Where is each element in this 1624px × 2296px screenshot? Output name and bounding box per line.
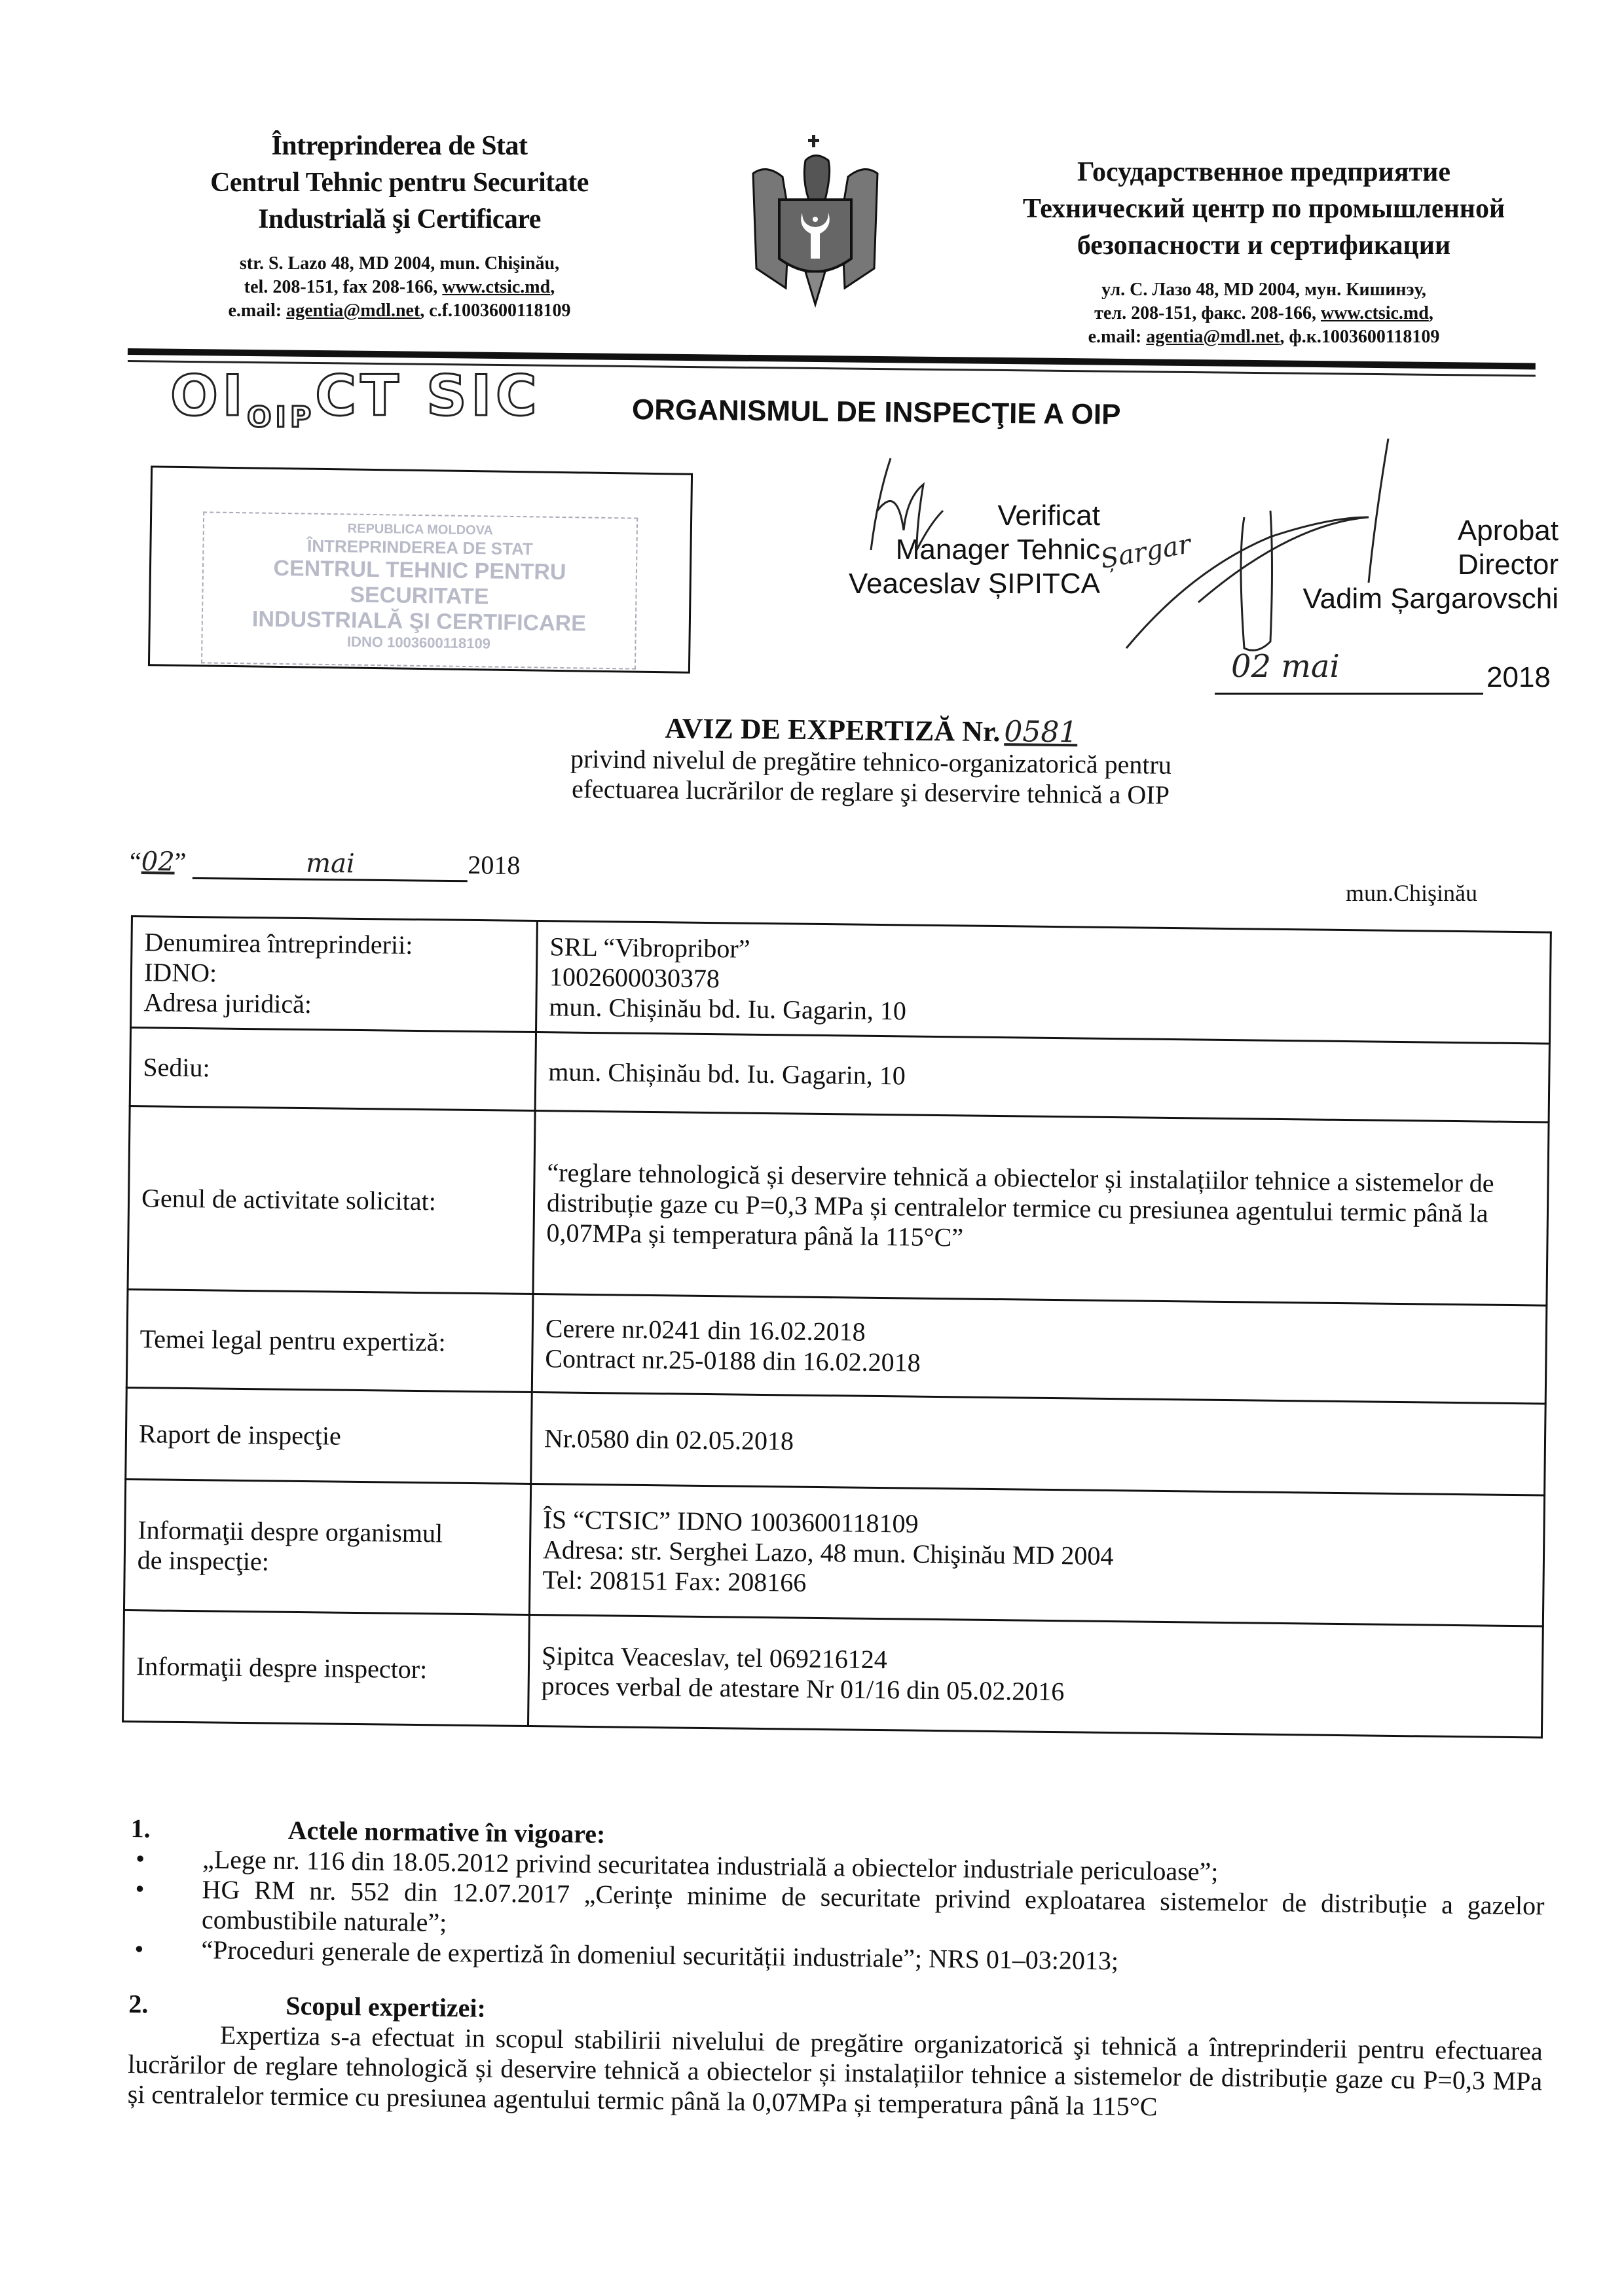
section-number: 2.: [128, 1989, 286, 2021]
org-line: Государственное предприятие: [963, 154, 1565, 191]
header-romanian: Întreprinderea de Stat Centrul Tehnic pe…: [124, 128, 674, 323]
fiscal-code: , ф.к.1003600118109: [1280, 327, 1439, 347]
comma: ,: [550, 277, 555, 297]
document-city: mun.Chişinău: [1346, 879, 1477, 907]
org-line: безопасности и сертификации: [963, 227, 1565, 264]
label-line: Informaţii despre inspector:: [136, 1651, 516, 1686]
row-label: Genul de activitate solicitat:: [128, 1106, 535, 1294]
row-value: Cerere nr.0241 din 16.02.2018Contract nr…: [532, 1294, 1547, 1404]
row-label: Informaţii despre inspector:: [123, 1610, 530, 1726]
website-link[interactable]: www.ctsic.md: [442, 277, 550, 297]
row-label: Denumirea întreprinderii:IDNO:Adresa jur…: [131, 917, 538, 1032]
table-row: Temei legal pentru expertiză:Cerere nr.0…: [126, 1289, 1547, 1404]
row-value: Şipitca Veaceslav, tel 069216124proces v…: [528, 1614, 1543, 1738]
label-line: Adresa juridică:: [143, 987, 523, 1022]
org-line: Industrială şi Certificare: [124, 201, 674, 238]
address: ул. С. Лазо 48, MD 2004, мун. Кишинэу,: [963, 278, 1565, 302]
row-value: mun. Chișinău bd. Iu. Gagarin, 10: [535, 1032, 1549, 1123]
label-line: Temei legal pentru expertiză:: [139, 1324, 519, 1358]
moldova-coat-of-arms-icon: [740, 134, 891, 311]
row-value: ÎS “CTSIC” IDNO 1003600118109Adresa: str…: [529, 1484, 1544, 1626]
approval-date-handwritten: 02 mai: [1231, 648, 1340, 685]
comma: ,: [1429, 303, 1433, 323]
approval-year: 2018: [1486, 661, 1551, 694]
email-line: e.mail: agentia@mdl.net, c.f.10036001181…: [124, 299, 674, 323]
label-line: Sediu:: [143, 1052, 523, 1087]
row-value: Nr.0580 din 02.05.2018: [531, 1392, 1545, 1495]
row-label: Informaţii despre organismulde inspecţie…: [124, 1479, 530, 1614]
official-stamp: REPUBLICA MOLDOVA ÎNTREPRINDEREA DE STAT…: [201, 511, 638, 669]
value-line: mun. Chișinău bd. Iu. Gagarin, 10: [548, 1057, 1536, 1098]
table-row: Informaţii despre inspector:Şipitca Veac…: [123, 1610, 1543, 1738]
document-title-block: AVIZ DE EXPERTIZĂ Nr.0581 privind nivelu…: [510, 710, 1231, 811]
phone-line: тел. 208-151, факс. 208-166, www.ctsic.m…: [963, 302, 1565, 325]
website-link[interactable]: www.ctsic.md: [1321, 303, 1429, 323]
date-year: 2018: [468, 850, 520, 880]
email-label: e.mail:: [228, 301, 286, 321]
value-line: “reglare tehnologică și deservire tehnic…: [546, 1157, 1535, 1259]
sections: 1.Actele normative în vigoare: „Lege nr.…: [127, 1813, 1545, 2126]
oi-oip-ctsic-logo: OIOIPCT SIC: [170, 363, 541, 434]
enterprise-info-table: Denumirea întreprinderii:IDNO:Adresa jur…: [122, 915, 1552, 1739]
org-name-ro: Întreprinderea de Stat Centrul Tehnic pe…: [124, 128, 674, 238]
table-row: Denumirea întreprinderii:IDNO:Adresa jur…: [131, 917, 1551, 1044]
label-line: Genul de activitate solicitat:: [141, 1183, 521, 1218]
label-line: Denumirea întreprinderii:: [144, 927, 524, 962]
row-value: SRL “Vibropribor”1002600030378mun. Chiși…: [536, 921, 1551, 1044]
row-label: Raport de inspecţie: [126, 1387, 532, 1484]
table-row: Informaţii despre organismulde inspecţie…: [124, 1479, 1544, 1626]
title-prefix: AVIZ DE EXPERTIZĂ Nr.: [665, 712, 1000, 748]
signature-manager: [864, 452, 982, 563]
phone-fax: тел. 208-151, факс. 208-166,: [1094, 303, 1321, 323]
phone-line: tel. 208-151, fax 208-166, www.ctsic.md,: [124, 276, 674, 299]
document-number: 0581: [1004, 715, 1078, 749]
label-line: Raport de inspecţie: [139, 1419, 519, 1453]
email-line: e.mail: agentia@mdl.net, ф.к.10036001181…: [963, 325, 1565, 349]
stamp-line: CENTRUL TEHNIC PENTRU SECURITATE: [203, 555, 636, 611]
org-line: Centrul Tehnic pentru Securitate: [124, 164, 674, 201]
address: str. S. Lazo 48, MD 2004, mun. Chişinău,: [124, 252, 674, 276]
date-day: 02: [141, 847, 175, 877]
inspection-body-title: ORGANISMUL DE INSPECŢIE A OIP: [632, 393, 1121, 431]
email-label: e.mail:: [1088, 327, 1147, 347]
header-russian: Государственное предприятие Технический …: [963, 154, 1565, 349]
org-name-ru: Государственное предприятие Технический …: [963, 154, 1565, 264]
label-line: IDNO:: [144, 957, 524, 992]
quote-open: “: [130, 847, 141, 876]
label-line: de inspecţie:: [138, 1545, 517, 1580]
row-value: “reglare tehnologică și deservire tehnic…: [533, 1111, 1549, 1306]
contact-ro: str. S. Lazo 48, MD 2004, mun. Chişinău,…: [124, 252, 674, 323]
approval-date-underline: [1215, 693, 1483, 695]
section-title: Scopul expertizei:: [286, 1991, 486, 2023]
quote-close: ”: [174, 847, 186, 877]
row-label: Temei legal pentru expertiză:: [126, 1289, 533, 1392]
verified-name: Veaceslav ȘIPITCA: [786, 567, 1100, 601]
phone-fax: tel. 208-151, fax 208-166,: [244, 277, 443, 297]
document-date: “02” mai2018: [130, 846, 521, 883]
email-link[interactable]: agentia@mdl.net: [1146, 327, 1280, 347]
email-link[interactable]: agentia@mdl.net: [286, 301, 420, 321]
fiscal-code: , c.f.1003600118109: [420, 301, 570, 321]
logo-ctsic: CT SIC: [315, 363, 541, 429]
logo-oip: OIP: [247, 401, 315, 434]
label-line: Informaţii despre organismul: [138, 1515, 517, 1550]
date-month: mai: [193, 847, 468, 882]
value-line: Nr.0580 din 02.05.2018: [544, 1423, 1532, 1465]
official-stamp-frame: REPUBLICA MOLDOVA ÎNTREPRINDEREA DE STAT…: [148, 465, 693, 674]
row-label: Sediu:: [130, 1028, 536, 1111]
table-row: Genul de activitate solicitat:“reglare t…: [128, 1106, 1549, 1305]
contact-ru: ул. С. Лазо 48, MD 2004, мун. Кишинэу, т…: [963, 278, 1565, 349]
scope-paragraph: Expertiza s-a efectuat in scopul stabili…: [127, 2019, 1543, 2126]
table-row: Raport de inspecţieNr.0580 din 02.05.201…: [126, 1387, 1545, 1495]
org-line: Întreprinderea de Stat: [124, 128, 674, 164]
section-number: 1.: [130, 1813, 288, 1846]
section-title: Actele normative în vigoare:: [287, 1815, 605, 1849]
org-line: Технический центр по промышленной: [963, 191, 1565, 227]
logo-oi: OI: [170, 363, 247, 429]
normative-acts-list: „Lege nr. 116 din 18.05.2012 privind sec…: [129, 1844, 1545, 1981]
